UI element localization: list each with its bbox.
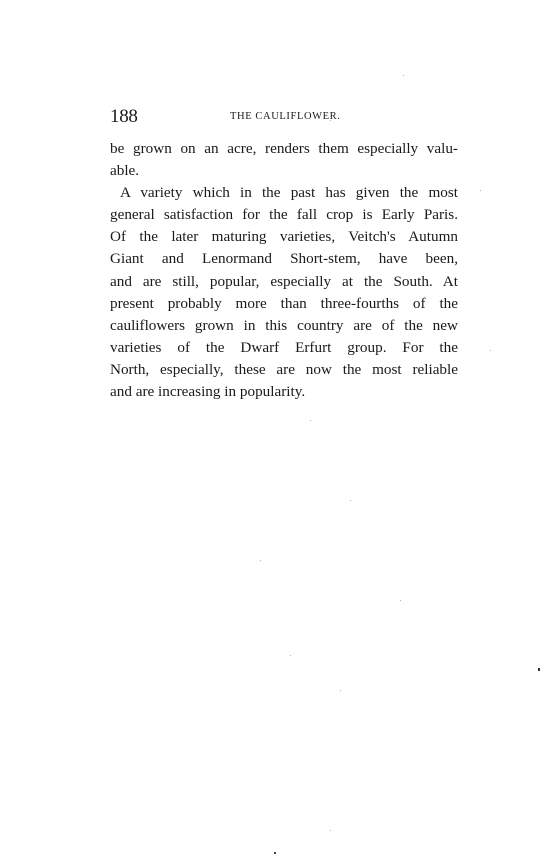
speck [274, 852, 276, 854]
text-line: cauliflowers grown in this country are o… [110, 315, 458, 337]
page-header: 188 THE CAULIFLOWER. [110, 106, 458, 128]
page-number: 188 [110, 106, 138, 128]
speck [310, 420, 311, 421]
text-line: and are still, popular, especially at th… [110, 271, 458, 293]
speck [290, 655, 291, 656]
speck [480, 190, 481, 191]
body-text: be grown on an acre, renders them especi… [110, 138, 458, 403]
text-line: general satisfaction for the fall crop i… [110, 204, 458, 226]
text-line: able. [110, 160, 458, 182]
speck [260, 560, 261, 561]
text-line: and are increasing in popularity. [110, 381, 458, 403]
speck [403, 75, 404, 76]
speck [350, 500, 351, 501]
speck [340, 690, 341, 691]
speck [330, 830, 331, 831]
speck [490, 350, 491, 351]
paragraph-start-line: A variety which in the past has given th… [110, 182, 458, 204]
speck [538, 668, 540, 671]
speck [330, 120, 331, 121]
running-title: THE CAULIFLOWER. [230, 110, 341, 124]
text-line: Of the later maturing varieties, Veitch'… [110, 226, 458, 248]
text-line: Giant and Lenormand Short-stem, have bee… [110, 248, 458, 270]
text-line: varieties of the Dwarf Erfurt group. For… [110, 337, 458, 359]
text-line: present probably more than three-fourths… [110, 293, 458, 315]
text-line: be grown on an acre, renders them especi… [110, 138, 458, 160]
speck [400, 600, 401, 601]
text-line: North, especially, these are now the mos… [110, 359, 458, 381]
